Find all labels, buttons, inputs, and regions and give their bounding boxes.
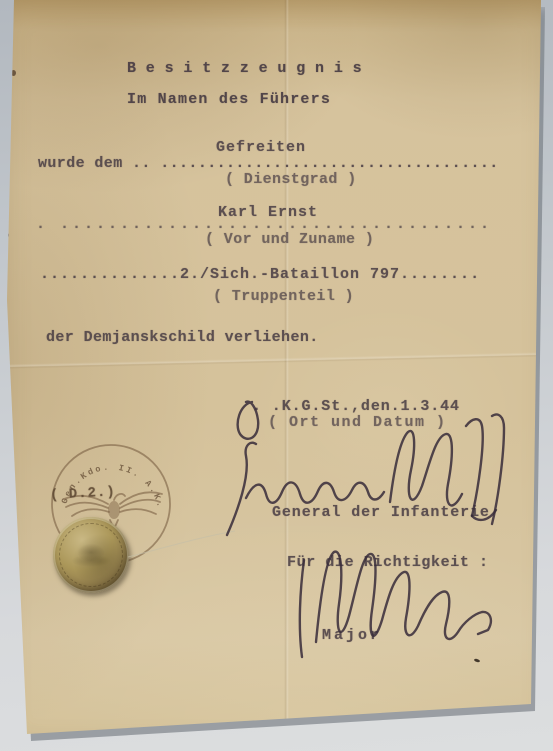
major-signature: [282, 542, 522, 664]
general-signature: [222, 400, 534, 540]
in-the-name-line: Im Namen des Führers: [127, 91, 331, 108]
paper-speck: [6, 233, 9, 237]
document-paper: B e s i t z z e u g n i s Im Namen des F…: [0, 0, 553, 751]
rank-entry-line: wurde dem .. ...........................…: [38, 155, 499, 172]
unit-entry-line: ..............2./Sich.-Bataillon 797....…: [40, 266, 480, 283]
coin-eagle-motif: [67, 531, 115, 579]
rank-field-label: ( Dienstgrad ): [225, 171, 357, 188]
award-line: der Demjanskschild verliehen.: [46, 329, 319, 346]
document-title: B e s i t z z e u g n i s: [127, 60, 362, 77]
paper-speck: [11, 70, 16, 76]
coin: [53, 517, 129, 593]
name-field-label: ( Vor und Zuname ): [205, 231, 374, 248]
paper-speck: [37, 228, 40, 231]
rank-value: Gefreiten: [216, 139, 306, 156]
horizontal-fold-crease: [6, 352, 546, 369]
unit-field-label: ( Truppenteil ): [213, 288, 354, 305]
photo-background: B e s i t z z e u g n i s Im Namen des F…: [0, 0, 553, 751]
